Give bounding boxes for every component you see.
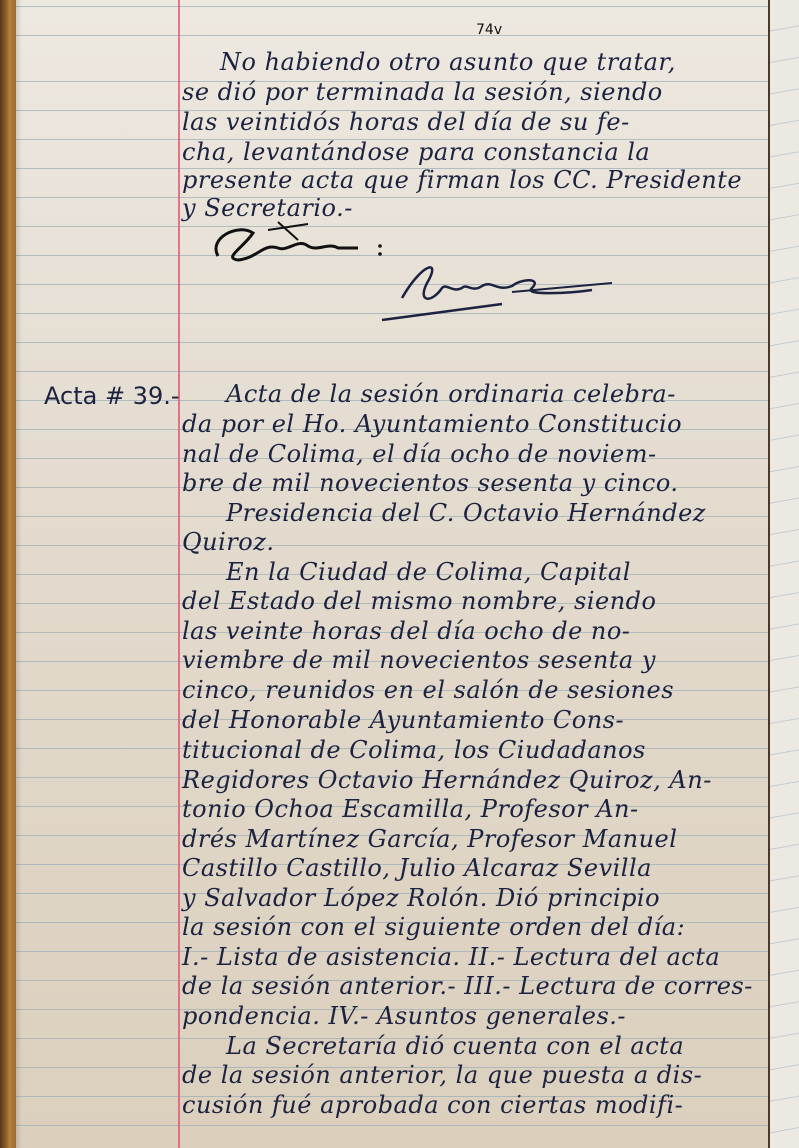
text-line: No habiendo otro asunto que tratar, [220,48,676,77]
text-line: cha, levantándose para constancia la [182,138,650,167]
text-line: Quiroz. [182,528,275,557]
signature-secretary [372,258,622,328]
text-line: cinco, reunidos en el salón de sesiones [182,676,674,705]
text-line: tonio Ochoa Escamilla, Profesor An- [182,795,639,824]
text-line: presente acta que firman los CC. Preside… [182,166,742,195]
text-line: de la sesión anterior.- III.- Lectura de… [182,972,753,1001]
text-line: del Estado del mismo nombre, siendo [182,587,656,616]
text-line: nal de Colima, el día ocho de noviem- [182,440,657,469]
folio-number: 74v [476,22,502,38]
text-line: viembre de mil novecientos sesenta y [182,646,656,675]
text-line: bre de mil novecientos sesenta y cinco. [182,469,679,498]
text-line: Presidencia del C. Octavio Hernández [226,499,706,528]
text-line: I.- Lista de asistencia. II.- Lectura de… [182,943,720,972]
red-margin-line [178,0,180,1148]
text-line: del Honorable Ayuntamiento Cons- [182,706,624,735]
text-line: Regidores Octavio Hernández Quiroz, An- [182,766,712,795]
text-line: Acta de la sesión ordinaria celebra- [226,380,676,409]
acta-number-label: Acta # 39.- [44,382,180,410]
adjacent-page-edge [768,0,799,1148]
text-line: pondencia. IV.- Asuntos generales.- [182,1002,626,1031]
text-line: de la sesión anterior, la que puesta a d… [182,1061,702,1090]
text-line: las veinte horas del día ocho de no- [182,617,630,646]
ledger-page: 74v No habiendo otro asunto que tratar, … [16,0,768,1148]
text-line: la sesión con el siguiente orden del día… [182,913,685,942]
text-line: La Secretaría dió cuenta con el acta [226,1032,684,1061]
text-line: Castillo Castillo, Julio Alcaraz Sevilla [182,854,652,883]
text-line: da por el Ho. Ayuntamiento Constitucio [182,410,682,439]
text-line: titucional de Colima, los Ciudadanos [182,736,646,765]
book-binding [0,0,16,1148]
text-line: drés Martínez García, Profesor Manuel [182,825,677,854]
text-line: En la Ciudad de Colima, Capital [226,558,631,587]
text-line: cusión fué aprobada con ciertas modifi- [182,1091,683,1120]
text-line: se dió por terminada la sesión, siendo [182,78,663,107]
text-line: y Salvador López Rolón. Dió principio [182,884,660,913]
text-line: las veintidós horas del día de su fe- [182,108,630,137]
